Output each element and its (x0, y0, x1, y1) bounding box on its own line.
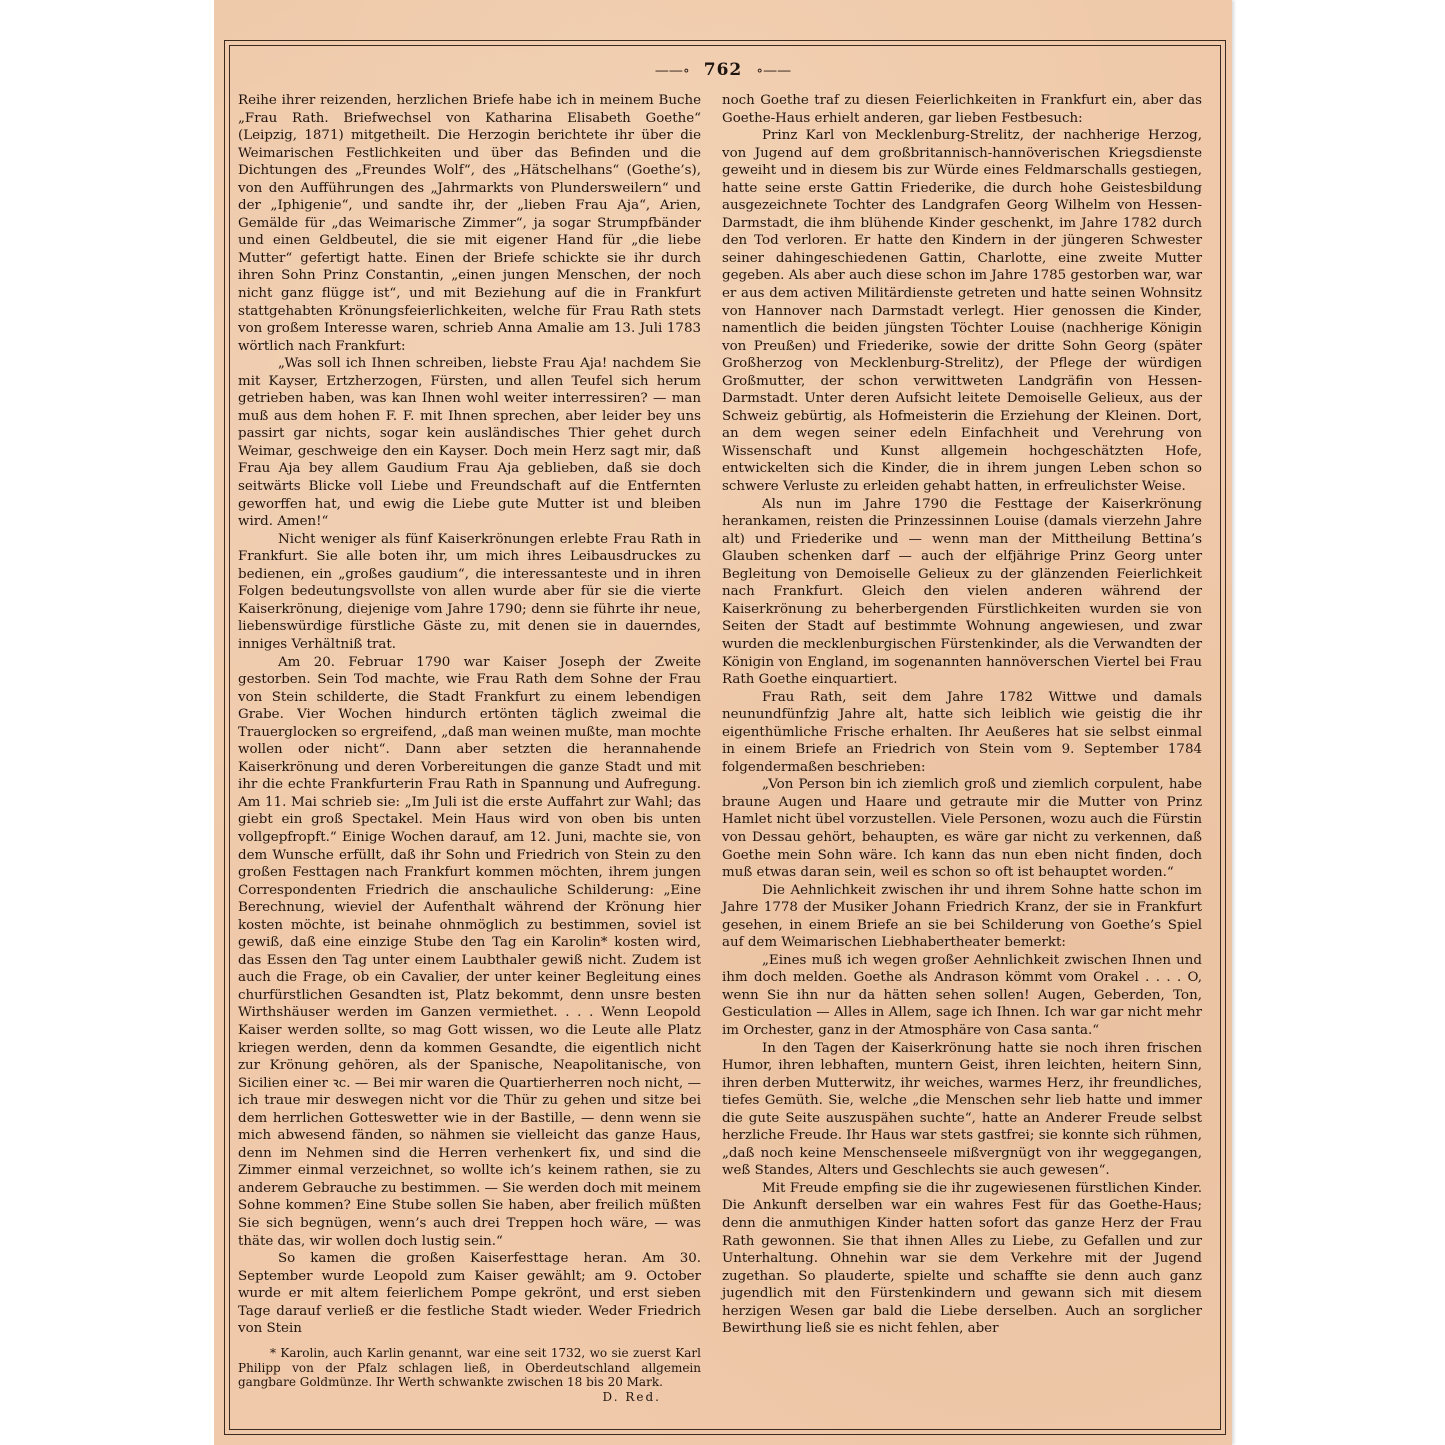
header-ornament-left: ——∘ (655, 63, 690, 79)
paragraph: Reihe ihrer reizenden, herzlichen Briefe… (238, 92, 701, 355)
paragraph: noch Goethe traf zu diesen Feierlichkeit… (722, 92, 1202, 127)
paragraph: Mit Freude empfing sie die ihr zugewiese… (722, 1180, 1202, 1338)
paragraph: Als nun im Jahre 1790 die Festtage der K… (722, 496, 1202, 689)
printed-page: ——∘762∘—— Reihe ihrer reizenden, herzlic… (214, 0, 1232, 1445)
paragraph: So kamen die großen Kaiserfesttage heran… (238, 1250, 701, 1338)
paragraph: Frau Rath, seit dem Jahre 1782 Wittwe un… (722, 689, 1202, 777)
quoted-letter: „Was soll ich Ihnen schreiben, liebste F… (238, 355, 701, 530)
page-number: 762 (704, 60, 743, 80)
quoted-letter: „Von Person bin ich ziemlich groß und zi… (722, 776, 1202, 881)
paragraph: Prinz Karl von Mecklenburg-Strelitz, der… (722, 127, 1202, 495)
right-text-column: noch Goethe traf zu diesen Feierlichkeit… (722, 92, 1202, 1338)
page-number-header: ——∘762∘—— (214, 60, 1232, 80)
paragraph: In den Tagen der Kaiserkrönung hatte sie… (722, 1040, 1202, 1180)
quoted-letter: „Eines muß ich wegen großer Aehnlichkeit… (722, 952, 1202, 1040)
paragraph: Am 20. Februar 1790 war Kaiser Joseph de… (238, 654, 701, 1251)
footnote-text: * Karolin, auch Karlin genannt, war eine… (238, 1346, 701, 1390)
footnote: * Karolin, auch Karlin genannt, war eine… (238, 1346, 701, 1404)
paragraph: Nicht weniger als fünf Kaiserkrönungen e… (238, 531, 701, 654)
footnote-signature: D. Red. (238, 1390, 701, 1405)
paragraph: Die Aehnlichkeit zwischen ihr und ihrem … (722, 882, 1202, 952)
left-text-column: Reihe ihrer reizenden, herzlichen Briefe… (238, 92, 701, 1338)
header-ornament-right: ∘—— (756, 63, 791, 79)
